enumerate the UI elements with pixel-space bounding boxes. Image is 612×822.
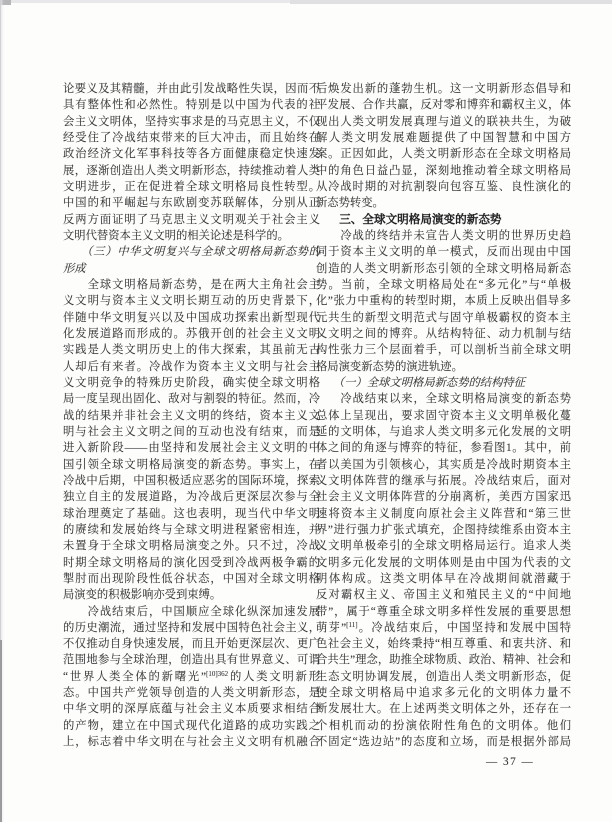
text-line: 义文明单极牵引的全球文明格局运行。追求人类 (316, 538, 571, 554)
text-line: 展，逐渐创造出人类文明新形态，持续推动着人类 (63, 163, 320, 179)
text-segment: 总体上呈现出，要求固守资本主义文明单极化蔓 (316, 410, 571, 422)
text-segment: 化发展道路而形成的。苏俄开创的社会主义文明 (63, 328, 320, 340)
text-segment: 义文明体阵营的继承与拓展。冷战结束后，面对 (316, 475, 571, 487)
text-segment: 义文明单极牵引的全球文明格局运行。追求人类 (316, 540, 571, 552)
text-segment: 化”张力中重构的转型时期，本质上反映出倡导多 (316, 295, 571, 307)
text-segment: 展，逐渐创造出人类文明新形态，持续推动着人类 (63, 165, 320, 177)
text-segment: 从冷战时期的对抗割裂向包容互鉴、良性演化的 (316, 181, 571, 193)
text-segment: 态。中国共产党领导创造的人类文明新形态，是 (63, 687, 320, 699)
text-segment: （三）中华文明复兴与全球文明格局新态势的 (63, 246, 320, 258)
left-text-column: 论要义及其精髓，并由此引发战略性失误，因而不具有整体性和必然性。特别是以中国为代… (63, 81, 320, 750)
text-line: 伴随中华文明复兴以及中国成功探索出新型现代 (63, 310, 320, 326)
text-segment: 具有整体性和必然性。特别是以中国为代表的社 (63, 99, 320, 111)
text-segment: 格局演变新态势的演进轨迹。 (316, 361, 463, 373)
text-segment: 中国的和平崛起与东欧剧变苏联解体，分别从正 (63, 197, 320, 209)
text-line: 冷战结束以来，全球文明格局演变的新态势 (316, 391, 571, 407)
text-segment: 文明代替资本主义文明的相关论述是科学的。 (63, 230, 289, 242)
text-line: 断发展壮大。在上述两类文明体之外，还存在一 (316, 701, 571, 717)
text-segment: 全球文明格局新态势，是在两大主角社会主 (63, 279, 320, 291)
text-line: 总体上呈现出，要求固守资本主义文明单极化蔓 (316, 408, 571, 424)
text-line: 掣肘而出现阶段性低谷状态，中国对全球文明格 (63, 571, 320, 587)
text-segment: 个相机而动的扮演依附性角色的文明体。他们 (316, 720, 571, 732)
text-segment: 断发展壮大。在上述两类文明体之外，还存在一 (316, 703, 571, 715)
text-line: 合共生”理念，助推全球物质、政治、精神、社会和 (316, 652, 571, 668)
text-line: 冷战中后期，中国积极适应恶劣的国际环境，探索 (63, 473, 320, 489)
text-segment: 解人类文明发展难题提供了中国智慧和中国方 (316, 132, 571, 144)
text-line: 论要义及其精髓，并由此引发战略性失误，因而不 (63, 81, 320, 97)
text-line: 文明代替资本主义文明的相关论述是科学的。 (63, 228, 320, 244)
text-line: 案。正因如此，人类文明新形态在全球文明格局 (316, 146, 571, 162)
text-segment: 中的角色日益凸显，深刻地推动着全球文明格局 (316, 165, 571, 177)
text-segment: 速将资本主义制度向原社会主义阵营和“第三世 (316, 508, 571, 520)
text-segment: 合共生”理念，助推全球物质、政治、精神、社会和 (316, 654, 571, 666)
text-line: 格局演变新态势的演进轨迹。 (316, 359, 571, 375)
text-line: 不固定“选边站”的态度和立场，而是根据外部局 (316, 734, 571, 750)
text-line: 政治经济文化军事科技等各方面健康稳定快速发 (63, 146, 320, 162)
text-segment: 新态势转变。 (316, 197, 384, 209)
text-segment: 范围地参与全球治理，创造出具有世界意义、可谓 (63, 654, 320, 666)
text-segment: 后焕发出新的蓬勃生机。这一文明新形态倡导和 (316, 83, 571, 95)
text-segment: 势。当前，全球文明格局处在“多元化”与“单极 (316, 279, 571, 291)
text-line: 态。中国共产党领导创造的人类文明新形态，是 (63, 685, 320, 701)
text-segment: 伴随中华文明复兴以及中国成功探索出新型现代 (63, 312, 320, 324)
text-line: 具有整体性和必然性。特别是以中国为代表的社 (63, 97, 320, 113)
text-line: 同于资本主义文明的单一模式，反而出现由中国 (316, 244, 571, 260)
text-segment: 不固定“选边站”的态度和立场，而是根据外部局 (316, 736, 571, 748)
text-segment: 形成 (63, 263, 86, 275)
text-line: 进入新阶段——由坚持和发展社会主义文明的中 (63, 440, 320, 456)
text-line: 上，标志着中华文明在与社会主义文明有机融合 (63, 734, 320, 750)
text-line: 个相机而动的扮演依附性角色的文明体。他们 (316, 718, 571, 734)
text-line: 新态势转变。 (316, 195, 571, 211)
text-segment: 国引领全球文明格局演变的新态势。事实上，在 (63, 459, 320, 471)
text-line: 速将资本主义制度向原社会主义阵营和“第三世 (316, 506, 571, 522)
section-heading-3: 三、全球文明格局演变的新态势 (316, 212, 571, 228)
text-line: 解人类文明发展难题提供了中国智慧和中国方 (316, 130, 571, 146)
right-text-column: 后焕发出新的蓬勃生机。这一文明新形态倡导和平发展、合作共赢，反对零和博弈和霸权主… (316, 81, 571, 750)
text-line: 体之间的角逐与博弈的特征，参看图1。其中，前 (316, 440, 571, 456)
text-line: 冷战结束后，中国顺应全球化纵深加速发展 (63, 604, 320, 620)
text-segment: 萌芽” (316, 622, 346, 634)
text-line: 局演变的积极影响亦受到束缚。 (63, 587, 320, 603)
text-line: 社会主义文明体阵营的分崩离析，美西方国家迅 (316, 489, 571, 505)
scan-edge-left-dark (0, 640, 2, 822)
page-number: — 37 — (486, 756, 534, 768)
text-line: 义文明竞争的特殊历史阶段，确实使全球文明格 (63, 375, 320, 391)
text-segment: 冷战结束后，中国顺应全球化纵深加速发展 (63, 606, 320, 618)
text-segment: 政治经济文化军事科技等各方面健康稳定快速发 (63, 148, 320, 160)
text-segment: 反对霸权主义、帝国主义和殖民主义的“中间地 (316, 589, 571, 601)
text-segment: 使全球文明格局中追求多元化的文明体力量不 (316, 687, 571, 699)
text-segment: 局演变的积极影响亦受到束缚。 (63, 589, 221, 601)
text-segment: 现出人类文明发展真理与道义的联袂共生，为破 (316, 116, 571, 128)
text-line: 使全球文明格局中追求多元化的文明体力量不 (316, 685, 571, 701)
text-segment: 上，标志着中华文明在与社会主义文明有机融合 (63, 736, 320, 748)
text-line: 冷战的终结并未宣告人类文明的世界历史趋 (316, 228, 571, 244)
text-line: 未置身于全球文明格局演变之外。只不过，冷战 (63, 538, 320, 554)
subsection-heading-1: （一）全球文明格局新态势的结构特征 (316, 375, 571, 391)
text-line: 平发展、合作共赢，反对零和博弈和霸权主义，体 (316, 97, 571, 113)
text-line: 会主义文明体，坚持实事求是的马克思主义，不仅 (63, 114, 320, 130)
text-segment: 明与社会主义文明之间的互动也没有结束，而是 (63, 426, 320, 438)
text-line: 者以美国为引领核心，其实质是冷战时期资本主 (316, 457, 571, 473)
text-segment: 球治理奠定了基础。这也表明，现当代中华文明 (63, 508, 320, 520)
citation-superscript: [11] (346, 621, 357, 629)
text-segment: “世界人类全体的新曙光” (63, 671, 206, 683)
text-line: 色社会主义，始终秉持“相互尊重、和衷共济、和 (316, 636, 571, 652)
text-segment: 的历史潮流，通过坚持和发展中国特色社会主义， (63, 622, 320, 634)
text-line: 中国的和平崛起与东欧剧变苏联解体，分别从正 (63, 195, 320, 211)
text-segment: 反两方面证明了马克思主义文明观关于社会主义 (63, 214, 320, 226)
text-segment: 。冷战结束后，中国坚持和发展中国特 (358, 622, 571, 634)
text-line: 义文明体阵营的继承与拓展。冷战结束后，面对 (316, 473, 571, 489)
text-segment: 带”，属于“尊重全球文明多样性发展的重要思想 (316, 606, 571, 618)
text-line: 中华文明的深厚底蕴与社会主义本质要求相结合 (63, 701, 320, 717)
text-line: “世界人类全体的新曙光”[10]362的人类文明新形 (63, 669, 320, 685)
text-line: 局一度呈现出固化、敌对与割裂的特征。然而，冷 (63, 391, 320, 407)
text-segment: 社会主义文明体阵营的分崩离析，美西方国家迅 (316, 491, 571, 503)
text-segment: 冷战结束以来，全球文明格局演变的新态势 (316, 393, 571, 405)
text-segment: 会主义文明体，坚持实事求是的马克思主义，不仅 (63, 116, 320, 128)
text-line: 后焕发出新的蓬勃生机。这一文明新形态倡导和 (316, 81, 571, 97)
text-segment: 文明多元化发展的文明体则是由中国为代表的文 (316, 557, 571, 569)
text-line: 明体构成。这类文明体早在冷战期间就潜藏于 (316, 571, 571, 587)
text-line: 战的结果并非社会主义文明的终结，资本主义文 (63, 408, 320, 424)
text-line: 化发展道路而形成的。苏俄开创的社会主义文明 (63, 326, 320, 342)
text-segment: 生态文明协调发展，创造出人类文明新形态，促 (316, 671, 571, 683)
text-line: 反对霸权主义、帝国主义和殖民主义的“中间地 (316, 587, 571, 603)
text-segment: 冷战中后期，中国积极适应恶劣的国际环境，探索 (63, 475, 320, 487)
text-line: 文明多元化发展的文明体则是由中国为代表的文 (316, 555, 571, 571)
text-line: 实践是人类文明历史上的伟大探索，其虽前无古 (63, 342, 320, 358)
text-segment: 色社会主义，始终秉持“相互尊重、和衷共济、和 (316, 638, 571, 650)
text-segment: 实践是人类文明历史上的伟大探索，其虽前无古 (63, 344, 320, 356)
text-line: 从冷战时期的对抗割裂向包容互鉴、良性演化的 (316, 179, 571, 195)
text-line: 现出人类文明发展真理与道义的联袂共生，为破 (316, 114, 571, 130)
text-line: 生态文明协调发展，创造出人类文明新形态，促 (316, 669, 571, 685)
text-segment: 构性张力三个层面着手，可以剖析当前全球文明 (316, 344, 571, 356)
text-line: 经受住了冷战结束带来的巨大冲击，而且始终在 (63, 130, 320, 146)
text-segment: 义文明之间的博弈。从结构特征、动力机制与结 (316, 328, 571, 340)
text-segment: （一）全球文明格局新态势的结构特征 (316, 377, 525, 389)
text-segment: 案。正因如此，人类文明新形态在全球文明格局 (316, 148, 571, 160)
text-segment: 延的文明体，与追求人类文明多元化发展的文明 (316, 426, 571, 438)
text-segment: 义文明与资本主义文明长期互动的历史背景下， (63, 295, 320, 307)
text-line: 的赓续和发展始终与全球文明进程紧密相连，并 (63, 522, 320, 538)
text-line: 萌芽”[11]。冷战结束后，中国坚持和发展中国特 (316, 620, 571, 636)
text-line: 元共生的新型文明范式与固守单极霸权的资本主 (316, 310, 571, 326)
text-line: 界”进行强力扩张式填充，企图持续维系由资本主 (316, 522, 571, 538)
text-segment: 不仅推动自身快速发展，而且开始更深层次、更广 (63, 638, 320, 650)
text-line: 带”，属于“尊重全球文明多样性发展的重要思想 (316, 604, 571, 620)
text-line: 创造的人类文明新形态引领的全球文明格局新态 (316, 261, 571, 277)
text-segment: 人却后有来者。冷战作为资本主义文明与社会主 (63, 361, 320, 373)
text-line: 范围地参与全球治理，创造出具有世界意义、可谓 (63, 652, 320, 668)
text-segment: 时期全球文明格局的演化因受到冷战两极争霸的 (63, 557, 320, 569)
text-segment: 冷战的终结并未宣告人类文明的世界历史趋 (316, 230, 571, 242)
text-segment: 平发展、合作共赢，反对零和博弈和霸权主义，体 (316, 99, 571, 111)
text-segment: 义文明竞争的特殊历史阶段，确实使全球文明格 (63, 377, 320, 389)
text-line: 球治理奠定了基础。这也表明，现当代中华文明 (63, 506, 320, 522)
text-segment: 文明进步，正在促进着全球文明格局良性转型。 (63, 181, 320, 193)
text-line: 势。当前，全球文明格局处在“多元化”与“单极 (316, 277, 571, 293)
text-segment: 论要义及其精髓，并由此引发战略性失误，因而不 (63, 83, 320, 95)
text-segment: 掣肘而出现阶段性低谷状态，中国对全球文明格 (63, 573, 320, 585)
text-segment: 同于资本主义文明的单一模式，反而出现由中国 (316, 246, 571, 258)
text-line: 的历史潮流，通过坚持和发展中国特色社会主义， (63, 620, 320, 636)
subsection-heading-3-line2: 形成 (63, 261, 320, 277)
text-line: 化”张力中重构的转型时期，本质上反映出倡导多 (316, 293, 571, 309)
text-line: 延的文明体，与追求人类文明多元化发展的文明 (316, 424, 571, 440)
text-segment: 创造的人类文明新形态引领的全球文明格局新态 (316, 263, 571, 275)
scanned-paper-page: 论要义及其精髓，并由此引发战略性失误，因而不具有整体性和必然性。特别是以中国为代… (0, 0, 612, 822)
scan-edge-left-line (0, 0, 1, 640)
text-segment: 局一度呈现出固化、敌对与割裂的特征。然而，冷 (63, 393, 320, 405)
text-line: 文明进步，正在促进着全球文明格局良性转型。 (63, 179, 320, 195)
text-line: 不仅推动自身快速发展，而且开始更深层次、更广 (63, 636, 320, 652)
text-line: 中的角色日益凸显，深刻地推动着全球文明格局 (316, 163, 571, 179)
text-segment: 元共生的新型文明范式与固守单极霸权的资本主 (316, 312, 571, 324)
text-segment: 者以美国为引领核心，其实质是冷战时期资本主 (316, 459, 571, 471)
text-segment: 战的结果并非社会主义文明的终结，资本主义文 (63, 410, 320, 422)
text-line: 义文明之间的博弈。从结构特征、动力机制与结 (316, 326, 571, 342)
text-segment: 明体构成。这类文明体早在冷战期间就潜藏于 (316, 573, 571, 585)
text-line: 全球文明格局新态势，是在两大主角社会主 (63, 277, 320, 293)
text-line: 国引领全球文明格局演变的新态势。事实上，在 (63, 457, 320, 473)
text-segment: 进入新阶段——由坚持和发展社会主义文明的中 (63, 442, 320, 454)
subsection-heading-3-line1: （三）中华文明复兴与全球文明格局新态势的 (63, 244, 320, 260)
text-segment: 体之间的角逐与博弈的特征，参看图1。其中，前 (316, 442, 571, 454)
text-line: 反两方面证明了马克思主义文明观关于社会主义 (63, 212, 320, 228)
text-line: 时期全球文明格局的演化因受到冷战两极争霸的 (63, 555, 320, 571)
text-line: 的产物，建立在中国式现代化道路的成功实践之 (63, 718, 320, 734)
text-line: 明与社会主义文明之间的互动也没有结束，而是 (63, 424, 320, 440)
text-segment: 的产物，建立在中国式现代化道路的成功实践之 (63, 720, 320, 732)
text-line: 构性张力三个层面着手，可以剖析当前全球文明 (316, 342, 571, 358)
citation-superscript: [10]362 (206, 670, 228, 678)
text-line: 人却后有来者。冷战作为资本主义文明与社会主 (63, 359, 320, 375)
scan-edge-top-right (290, 0, 612, 4)
text-segment: 的赓续和发展始终与全球文明进程紧密相连，并 (63, 524, 320, 536)
text-line: 义文明与资本主义文明长期互动的历史背景下， (63, 293, 320, 309)
text-line: 独立自主的发展道路，为冷战后更深层次参与全 (63, 489, 320, 505)
text-segment: 独立自主的发展道路，为冷战后更深层次参与全 (63, 491, 320, 503)
text-segment: 未置身于全球文明格局演变之外。只不过，冷战 (63, 540, 320, 552)
text-segment: 中华文明的深厚底蕴与社会主义本质要求相结合 (63, 703, 320, 715)
text-segment: 界”进行强力扩张式填充，企图持续维系由资本主 (316, 524, 571, 536)
text-segment: 的人类文明新形 (228, 671, 320, 683)
text-segment: 三、全球文明格局演变的新态势 (316, 213, 502, 226)
text-segment: 经受住了冷战结束带来的巨大冲击，而且始终在 (63, 132, 320, 144)
